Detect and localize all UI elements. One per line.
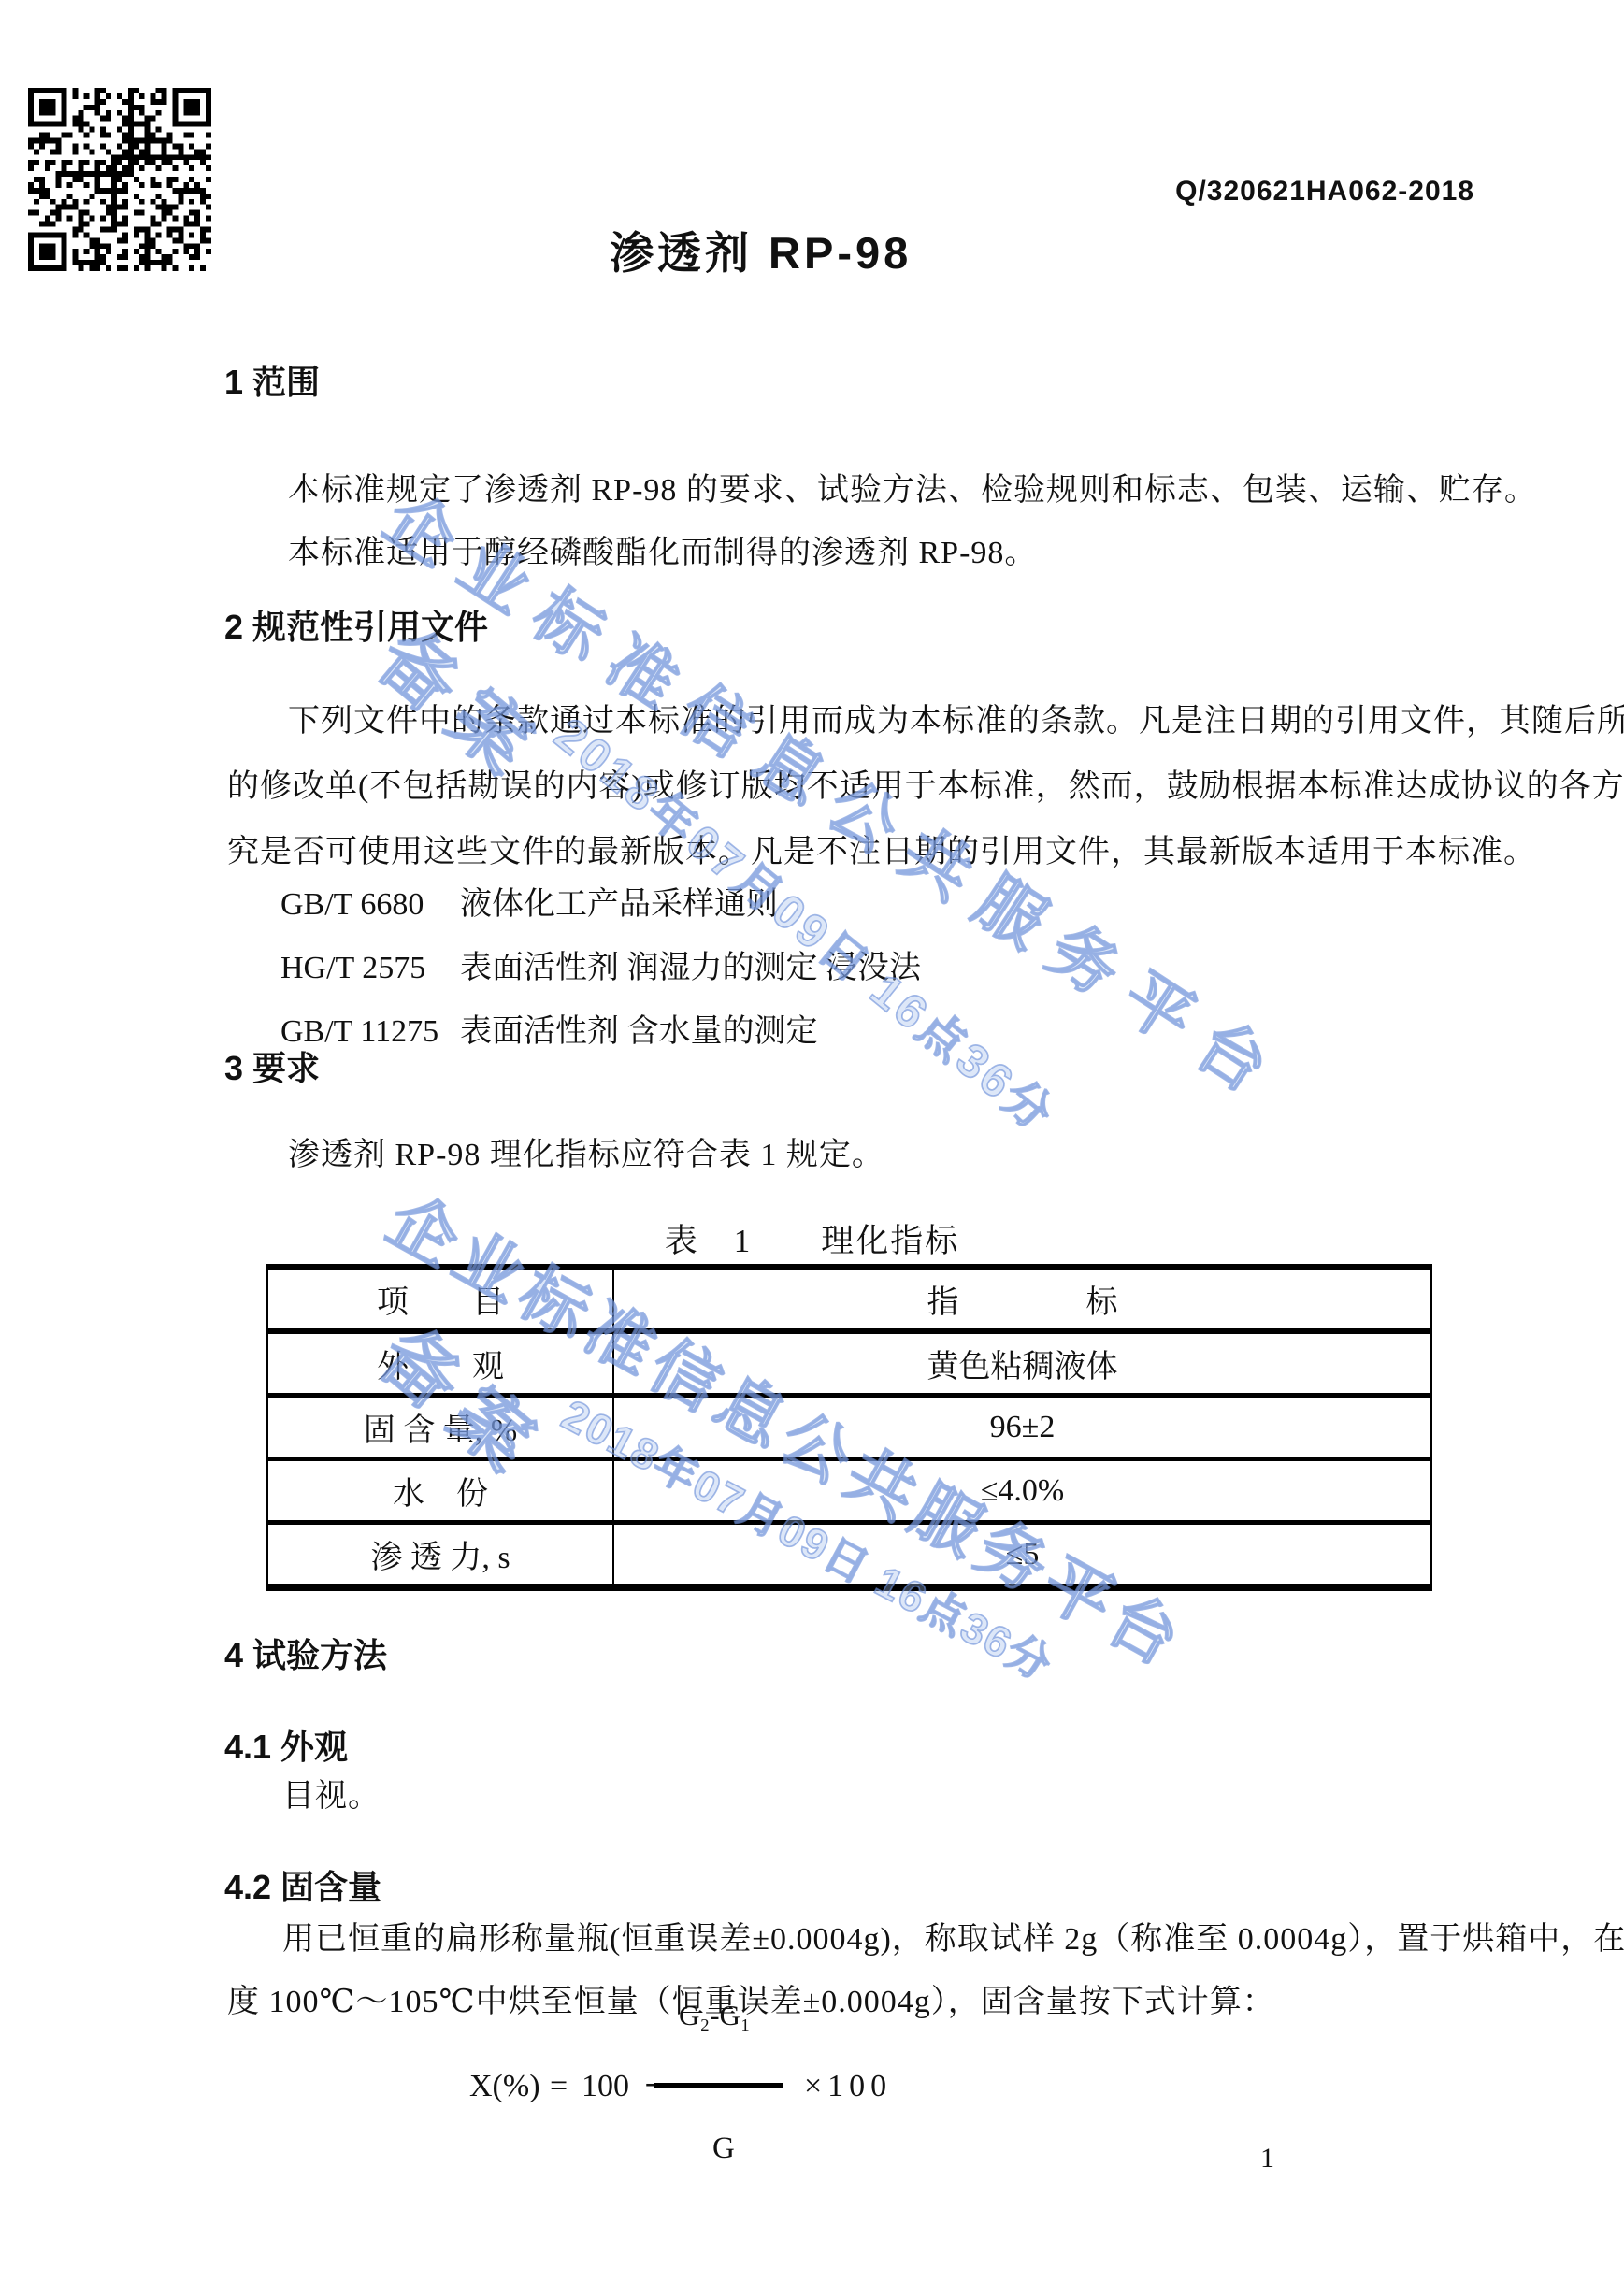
fraction-bar (654, 2083, 783, 2088)
formula-numerator: G₂-G₁ (679, 1999, 751, 2032)
formula-equals: = (550, 2068, 568, 2104)
section41-para: 目视。 (282, 1778, 381, 1815)
formula-multiplier: ×100 (804, 2068, 892, 2104)
table-row: 水 份 ≤4.0% (268, 1461, 1430, 1525)
table-header-row: 项 目 指 标 (268, 1270, 1430, 1334)
reference-item: HG/T 2575表面活性剂 润湿力的测定 浸没法 (280, 950, 921, 986)
section4-heading: 4 试验方法 (224, 1636, 387, 1674)
table-cell-item: 水 份 (268, 1461, 614, 1520)
section1-heading: 1 范围 (224, 363, 320, 401)
reference-item: GB/T 11275表面活性剂 含水量的测定 (280, 1013, 818, 1050)
section2-intro-line2: 的修改单(不包括勘误的内容)或修订版均不适用于本标准，然而，鼓励根据本标准达成协… (227, 768, 1624, 805)
table-cell-value: ≤4.0% (614, 1461, 1430, 1520)
formula-lhs: X(%) (469, 2068, 540, 2104)
doc-number: Q/320621HA062-2018 (1175, 176, 1474, 208)
page-title: 渗透剂 RP-98 (610, 228, 912, 279)
reference-title: 表面活性剂 润湿力的测定 浸没法 (460, 951, 921, 985)
formula-denominator: G (712, 2131, 735, 2167)
table-row: 渗 透 力, s ≤5 (268, 1525, 1430, 1584)
table-caption: 表 1 理化指标 (0, 1223, 1624, 1260)
reference-code: GB/T 11275 (280, 1013, 460, 1050)
section3-heading: 3 要求 (224, 1049, 320, 1087)
section41-heading: 4.1 外观 (224, 1728, 348, 1766)
qr-code (28, 88, 211, 271)
section1-para1: 本标准规定了渗透剂 RP-98 的要求、试验方法、检验规则和标志、包装、运输、贮… (288, 472, 1537, 509)
table-cell-value: 96±2 (614, 1398, 1430, 1457)
reference-item: GB/T 6680液体化工产品采样通则 (280, 886, 778, 923)
standard-document-page: Q/320621HA062-2018 渗透剂 RP-98 1 范围 本标准规定了… (0, 0, 1624, 2296)
section3-para: 渗透剂 RP-98 理化指标应符合表 1 规定。 (288, 1137, 884, 1173)
page-number: 1 (1260, 2143, 1274, 2175)
table-cell-item: 固 含 量, % (268, 1398, 614, 1457)
section2-intro-line3: 究是否可使用这些文件的最新版本。凡是不注日期的引用文件，其最新版本适用于本标准。 (227, 834, 1536, 870)
table-cell-value: 黄色粘稠液体 (614, 1334, 1430, 1393)
section1-para2: 本标准适用于醇经磷酸酯化而制得的渗透剂 RP-98。 (288, 535, 1037, 571)
table-cell-value: ≤5 (614, 1525, 1430, 1584)
table-cell-item: 外 观 (268, 1334, 614, 1393)
section42-para-line1: 用已恒重的扁形称量瓶(恒重误差±0.0004g)，称取试样 2g（称准至 0.0… (282, 1921, 1624, 1958)
section42-heading: 4.2 固含量 (224, 1868, 381, 1906)
table-row: 外 观 黄色粘稠液体 (268, 1334, 1430, 1398)
formula-hundred: 100 (582, 2068, 629, 2104)
table-header-item: 项 目 (268, 1270, 614, 1328)
table-cell-item: 渗 透 力, s (268, 1525, 614, 1584)
physicochemical-index-table: 项 目 指 标 外 观 黄色粘稠液体 固 含 量, % 96±2 水 份 ≤4.… (266, 1264, 1432, 1591)
reference-title: 液体化工产品采样通则 (460, 887, 778, 922)
table-header-index: 指 标 (614, 1270, 1430, 1328)
section42-para-line2: 度 100℃～105℃中烘至恒量（恒重误差±0.0004g），固含量按下式计算： (227, 1984, 1275, 2020)
reference-title: 表面活性剂 含水量的测定 (460, 1014, 818, 1049)
table-row: 固 含 量, % 96±2 (268, 1398, 1430, 1461)
section2-intro-line1: 下列文件中的条款通过本标准的引用而成为本标准的条款。凡是注日期的引用文件，其随后… (288, 703, 1624, 739)
reference-code: GB/T 6680 (280, 886, 460, 923)
section2-heading: 2 规范性引用文件 (224, 608, 488, 646)
reference-code: HG/T 2575 (280, 950, 460, 986)
